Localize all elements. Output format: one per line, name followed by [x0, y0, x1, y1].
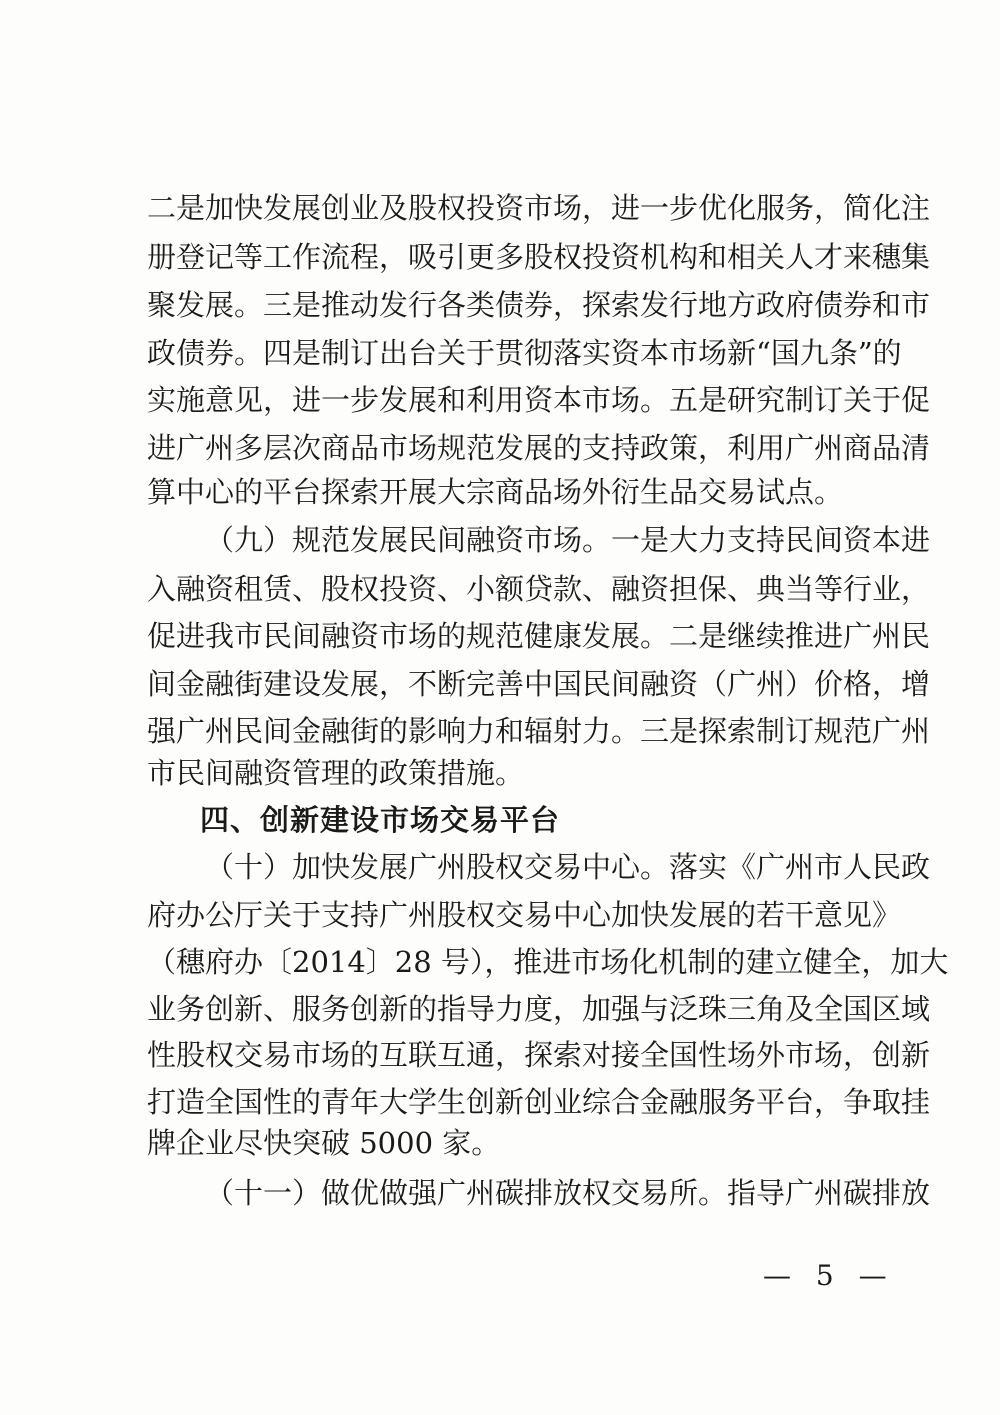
paragraph-line: 打造全国性的青年大学生创新创业综合金融服务平台，争取挂: [147, 1082, 870, 1122]
paragraph-line: 聚发展。三是推动发行各类债券，探索发行地方政府债券和市: [147, 285, 870, 325]
paragraph-line: 促进我市民间融资市场的规范健康发展。二是继续推进广州民: [147, 616, 870, 656]
paragraph-line: 入融资租赁、股权投资、小额贷款、融资担保、典当等行业，: [147, 569, 870, 609]
paragraph-line: 册登记等工作流程，吸引更多股权投资机构和相关人才来穗集: [147, 237, 870, 277]
paragraph-line: 牌企业尽快突破 5000 家。: [147, 1123, 870, 1163]
item-eleven-first-line: （十一）做优做强广州碳排放权交易所。指导广州碳排放: [205, 1173, 870, 1213]
paragraph-line: 实施意见，进一步发展和利用资本市场。五是研究制订关于促: [147, 380, 870, 420]
paragraph-line: 算中心的平台探索开展大宗商品场外衍生品交易试点。: [147, 472, 870, 512]
section-heading: 四、创新建设市场交易平台: [200, 800, 560, 840]
item-ten-first-line: （十）加快发展广州股权交易中心。落实《广州市人民政: [205, 847, 870, 887]
paragraph-line: 性股权交易市场的互联互通，探索对接全国性场外市场，创新: [147, 1035, 870, 1075]
paragraph-line: 政债券。四是制订出台关于贯彻落实资本市场新“国九条”的: [147, 333, 870, 373]
paragraph-line: 二是加快发展创业及股权投资市场，进一步优化服务，简化注: [147, 188, 870, 228]
document-page: 二是加快发展创业及股权投资市场，进一步优化服务，简化注 册登记等工作流程，吸引更…: [0, 0, 1000, 1415]
paragraph-line: 市民间融资管理的政策措施。: [147, 753, 870, 793]
paragraph-line: 间金融街建设发展，不断完善中国民间融资（广州）价格，增: [147, 664, 870, 704]
item-nine-first-line: （九）规范发展民间融资市场。一是大力支持民间资本进: [205, 520, 870, 560]
page-number: — 5 —: [763, 1258, 895, 1294]
paragraph-line: 府办公厅关于支持广州股权交易中心加快发展的若干意见》: [147, 895, 870, 935]
paragraph-line: 强广州民间金融街的影响力和辐射力。三是探索制订规范广州: [147, 711, 870, 751]
paragraph-line: 进广州多层次商品市场规范发展的支持政策，利用广州商品清: [147, 428, 870, 468]
paragraph-line: 业务创新、服务创新的指导力度，加强与泛珠三角及全国区域: [147, 989, 870, 1029]
paragraph-line: （穗府办〔2014〕28 号），推进市场化机制的建立健全，加大: [147, 942, 870, 982]
